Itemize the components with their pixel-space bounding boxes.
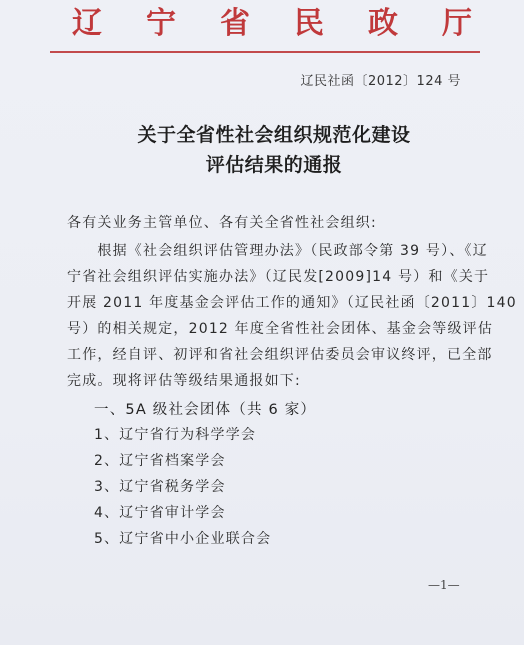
document-title-line-2: 评估结果的通报 [12, 150, 524, 177]
list-item: 5、辽宁省中小企业联合会 [94, 528, 499, 548]
letterhead-char: 省 [220, 4, 250, 44]
section-heading: 一、5A 级社会团体（共 6 家） [94, 398, 499, 419]
list-item: 2、辽宁省档案学会 [94, 450, 499, 470]
paragraph-line: 工作，经自评、初评和省社会组织评估委员会审议终评，已全部 [67, 344, 472, 364]
letterhead: 辽 宁 省 民 政 厅 [72, 2, 472, 46]
letterhead-divider [50, 51, 480, 53]
letterhead-char: 厅 [442, 4, 472, 44]
page-number: —1— [428, 578, 460, 592]
document-title-line-1: 关于全省性社会组织规范化建设 [12, 120, 524, 147]
paragraph-line: 根据《社会组织评估管理办法》（民政部令第 39 号）、《辽 [67, 240, 472, 260]
paragraph-line: 宁省社会组织评估实施办法》（辽民发[2009]14 号）和《关于 [67, 266, 472, 286]
list-item: 4、辽宁省审计学会 [94, 502, 499, 522]
paragraph-line: 号）的相关规定，2012 年度全省性社会团体、基金会等级评估 [67, 318, 472, 338]
letterhead-char: 民 [294, 4, 324, 44]
paragraph-line: 完成。现将评估等级结果通报如下: [67, 370, 472, 390]
document-page: 辽 宁 省 民 政 厅 辽民社函〔2012〕124 号 关于全省性社会组织规范化… [0, 0, 524, 645]
document-number: 辽民社函〔2012〕124 号 [300, 70, 461, 89]
list-item: 1、辽宁省行为科学学会 [94, 424, 499, 444]
list-item: 3、辽宁省税务学会 [94, 476, 499, 496]
salutation: 各有关业务主管单位、各有关全省性社会组织: [67, 212, 472, 232]
paragraph-line: 开展 2011 年度基金会评估工作的通知》（辽民社函〔2011〕140 [67, 292, 472, 312]
letterhead-char: 政 [368, 4, 398, 44]
letterhead-char: 辽 [72, 4, 102, 44]
letterhead-char: 宁 [146, 4, 176, 44]
